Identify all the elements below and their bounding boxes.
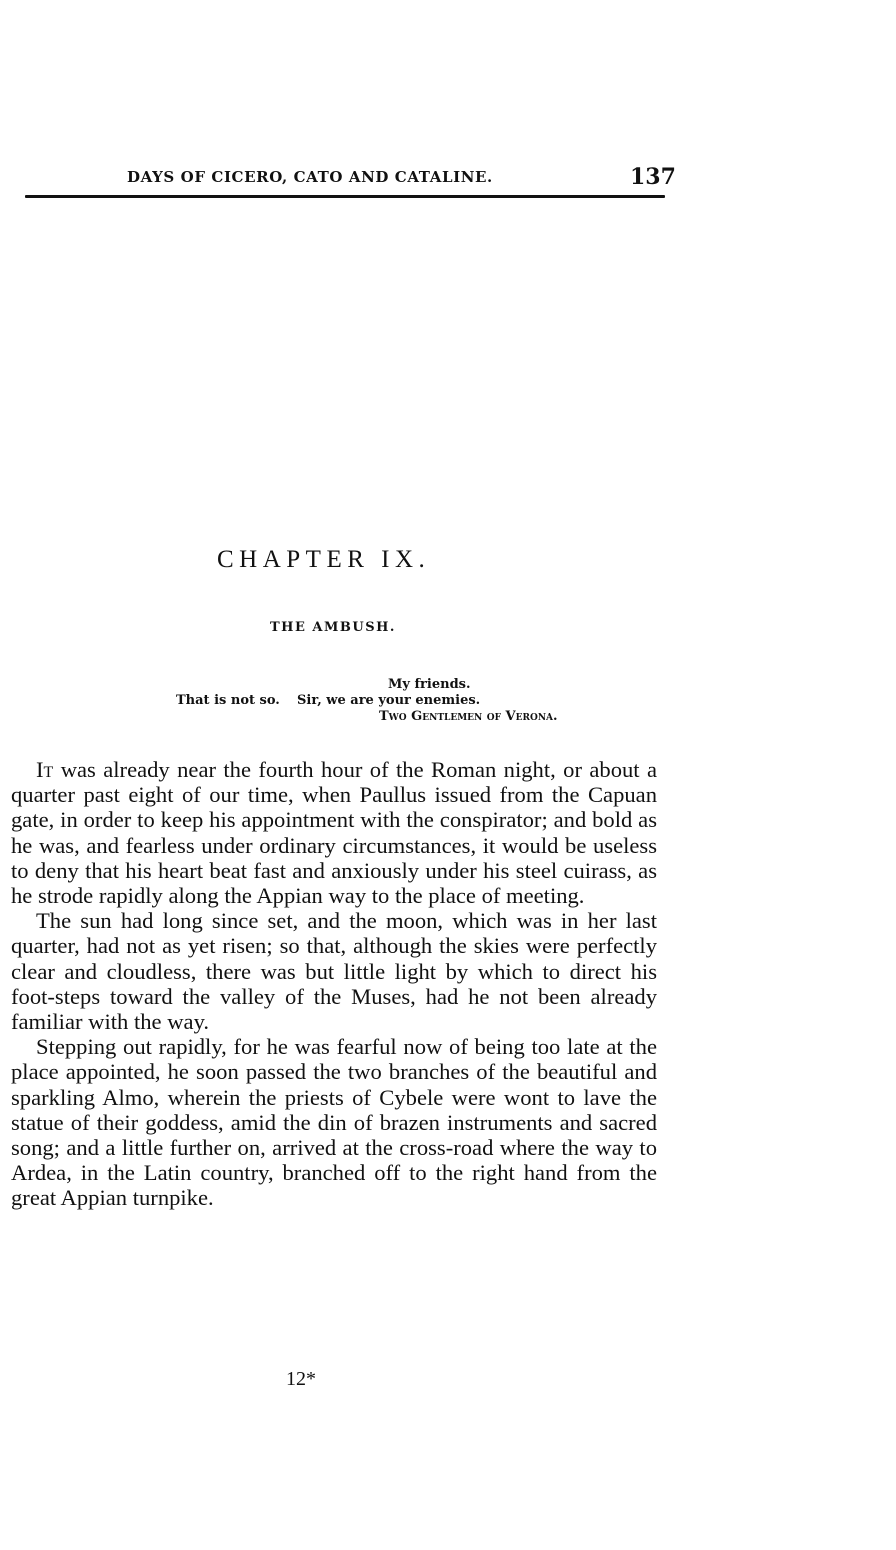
running-title: DAYS OF CICERO, CATO AND CATALINE. — [127, 168, 493, 186]
signature-mark: 12* — [286, 1368, 316, 1391]
epigraph-line: Sir, we are your enemies. — [297, 692, 480, 709]
paragraph: It was already near the fourth hour of t… — [11, 757, 657, 908]
chapter-title: CHAPTER IX. — [217, 546, 430, 574]
paragraph-text: was already near the fourth hour of the … — [11, 757, 657, 908]
header-rule — [25, 195, 665, 198]
running-head: DAYS OF CICERO, CATO AND CATALINE. 137 — [0, 162, 680, 192]
epigraph-line: My friends. — [388, 676, 471, 693]
body-text: It was already near the fourth hour of t… — [11, 757, 657, 1211]
paragraph: Stepping out rapidly, for he was fearful… — [11, 1034, 657, 1210]
page-number: 137 — [630, 164, 676, 190]
epigraph-line: That is not so. — [176, 692, 280, 709]
epigraph-attribution: Two Gentlemen of Verona. — [379, 708, 558, 725]
paragraph: The sun had long since set, and the moon… — [11, 908, 657, 1034]
chapter-subtitle: THE AMBUSH. — [270, 620, 396, 635]
paragraph-lead-word: It — [36, 757, 53, 782]
